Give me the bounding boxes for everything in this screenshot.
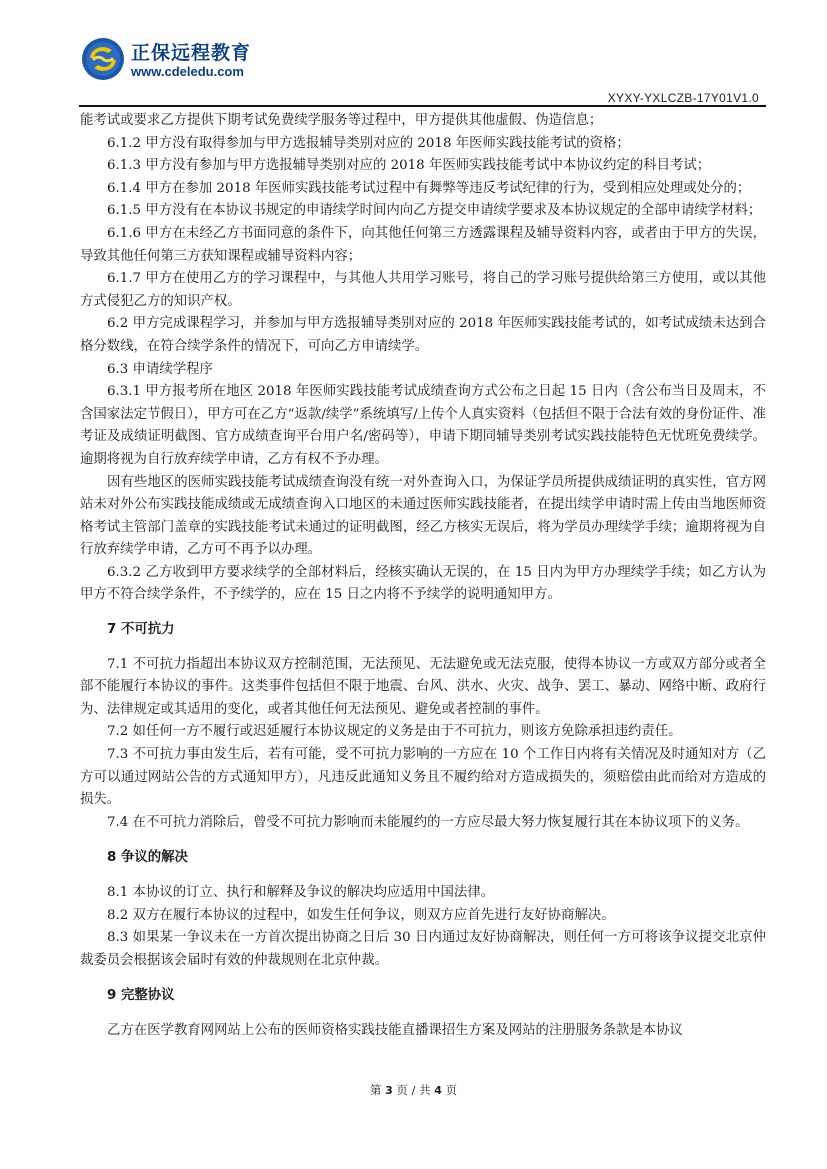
clause-6-1-5: 6.1.5 甲方没有在本协议书规定的申请续学时间内向乙方提交申请续学要求及本协议… (80, 200, 766, 223)
brand-name: 正保远程教育 (131, 38, 251, 65)
clause-7-4: 7.4 在不可抗力消除后，曾受不可抗力影响而未能履约的一方应尽最大努力恢复履行其… (80, 812, 766, 835)
paragraph: 能考试或要求乙方提供下期考试免费续学服务等过程中，甲方提供其他虚假、伪造信息； (80, 110, 766, 133)
clause-6-1-4: 6.1.4 甲方在参加 2018 年医师实践技能考试过程中有舞弊等违反考试纪律的… (80, 178, 766, 201)
clause-6-2: 6.2 甲方完成课程学习，并参加与甲方选报辅导类别对应的 2018 年医师实践技… (80, 313, 766, 358)
footer-suffix: 页 (446, 1083, 458, 1097)
clause-8-2: 8.2 双方在履行本协议的过程中，如发生任何争议，则双方应首先进行友好协商解决。 (80, 905, 766, 928)
footer-prefix: 第 (370, 1083, 382, 1097)
page-header: 正保远程教育 www.cdeledu.com XYXY-YXLCZB-17Y01… (79, 35, 765, 105)
footer-mid: 页 / 共 (396, 1083, 430, 1097)
clause-7-3: 7.3 不可抗力事由发生后，若有可能，受不可抗力影响的一方应在 10 个工作日内… (80, 744, 766, 812)
total-pages-number: 4 (434, 1084, 442, 1097)
clause-7-1: 7.1 不可抗力指超出本协议双方控制范围，无法预见、无法避免或无法克服，使得本协… (80, 654, 766, 722)
clause-6-1-7: 6.1.7 甲方在使用乙方的学习课程中，与其他人共用学习账号，将自己的学习账号提… (80, 268, 766, 313)
page-footer: 第 3 页 / 共 4 页 (0, 1082, 827, 1098)
clause-6-1-3: 6.1.3 甲方没有参加与甲方选报辅导类别对应的 2018 年医师实践技能考试中… (80, 155, 766, 178)
paragraph: 乙方在医学教育网网站上公布的医师资格实践技能直播课招生方案及网站的注册服务条款是… (80, 1020, 766, 1043)
clause-8-3: 8.3 如果某一争议未在一方首次提出协商之日后 30 日内通过友好协商解决，则任… (80, 927, 766, 972)
section-heading-7: 7 不可抗力 (80, 619, 766, 642)
clause-7-2: 7.2 如任何一方不履行或迟延履行本协议规定的义务是由于不可抗力，则该方免除承担… (80, 721, 766, 744)
header-divider (79, 105, 766, 107)
cdeledu-logo-icon (81, 37, 125, 81)
brand-url: www.cdeledu.com (131, 64, 244, 79)
clause-6-3-1: 6.3.1 甲方报考所在地区 2018 年医师实践技能考试成绩查询方式公布之日起… (80, 381, 766, 471)
document-body: 能考试或要求乙方提供下期考试免费续学服务等过程中，甲方提供其他虚假、伪造信息； … (80, 110, 766, 1043)
clause-6-1-2: 6.1.2 甲方没有取得参加与甲方选报辅导类别对应的 2018 年医师实践技能考… (80, 133, 766, 156)
clause-6-1-6: 6.1.6 甲方在未经乙方书面同意的条件下，向其他任何第三方透露课程及辅导资料内… (80, 223, 766, 268)
current-page-number: 3 (385, 1084, 393, 1097)
clause-8-1: 8.1 本协议的订立、执行和解释及争议的解决均应适用中国法律。 (80, 882, 766, 905)
clause-6-3: 6.3 申请续学程序 (80, 359, 766, 382)
paragraph: 因有些地区的医师实践技能考试成绩查询没有统一对外查询入口，为保证学员所提供成绩证… (80, 472, 766, 562)
section-heading-8: 8 争议的解决 (80, 847, 766, 870)
section-heading-9: 9 完整协议 (80, 985, 766, 1008)
document-code: XYXY-YXLCZB-17Y01V1.0 (608, 91, 759, 105)
clause-6-3-2: 6.3.2 乙方收到甲方要求续学的全部材料后，经核实确认无误的，在 15 日内为… (80, 562, 766, 607)
